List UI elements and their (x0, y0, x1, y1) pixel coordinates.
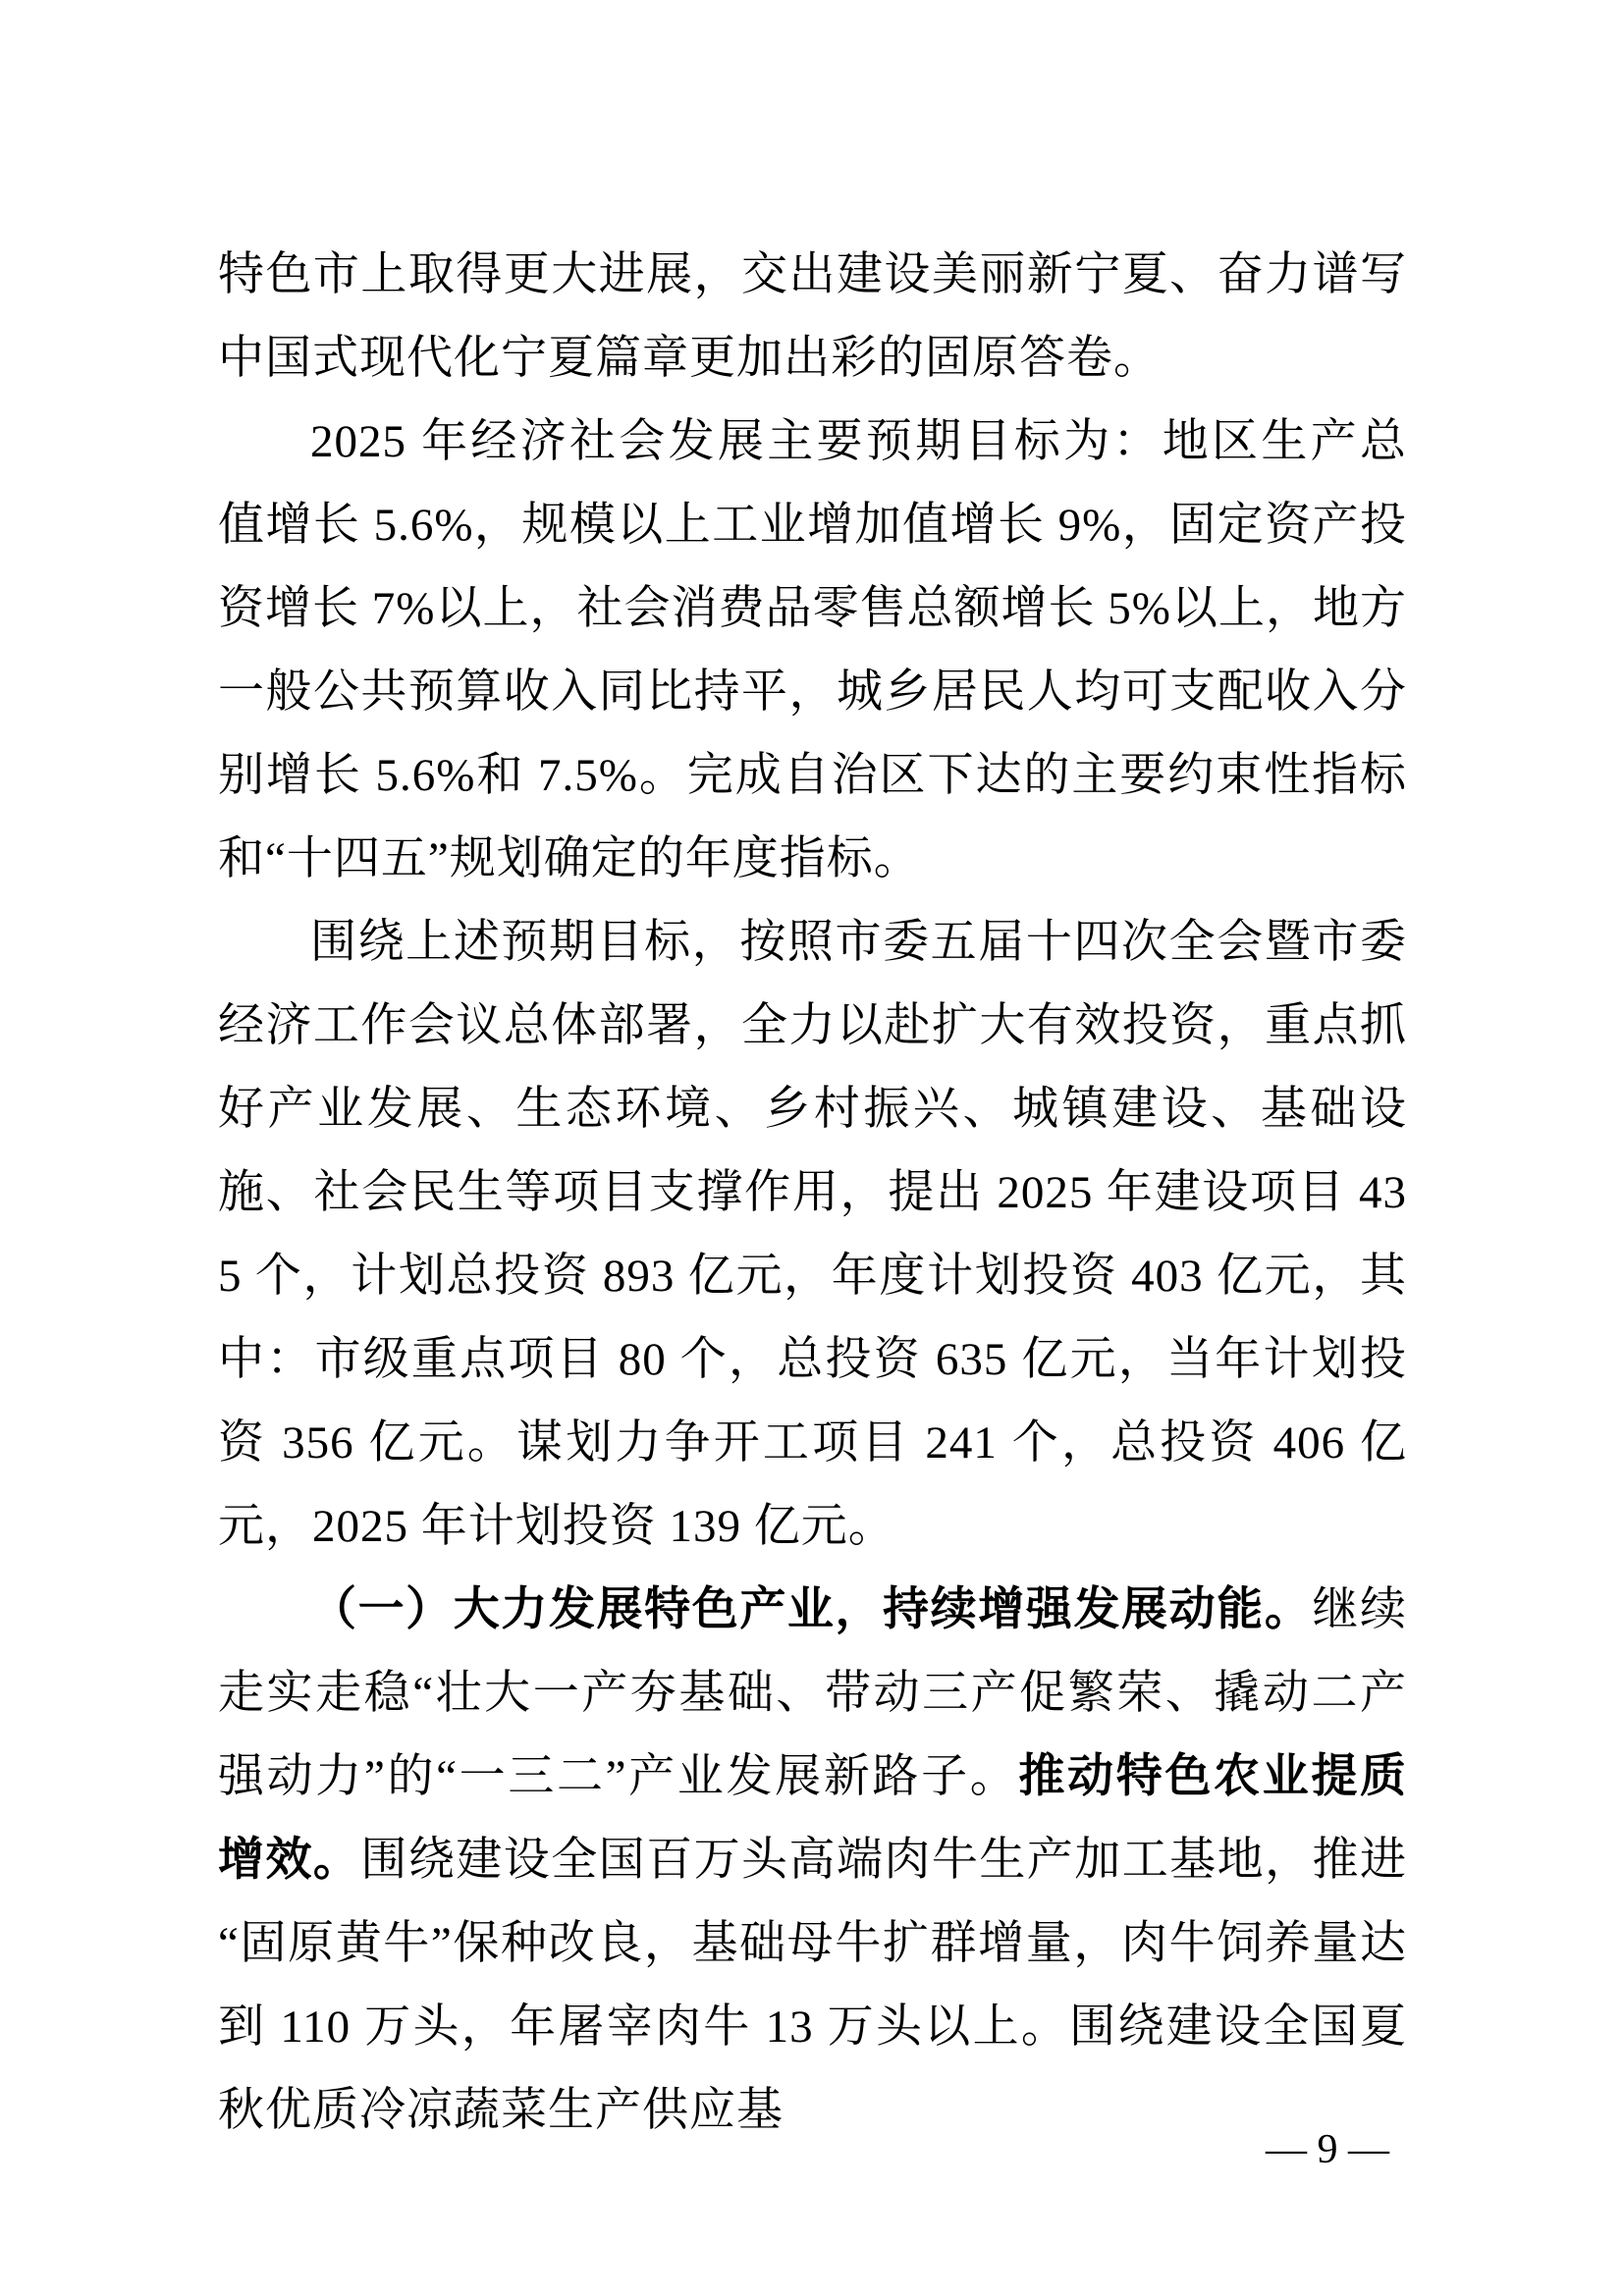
paragraph-2025-targets: 2025 年经济社会发展主要预期目标为：地区生产总值增长 5.6%，规模以上工业… (218, 400, 1407, 901)
text-segment: 围绕上述预期目标，按照市委五届十四次全会暨市委经济工作会议总体部署，全力以赴扩大… (218, 917, 1407, 1552)
text-segment: 围绕建设全国百万头高端肉牛生产加工基地，推进“固原黄牛”保种改良，基础母牛扩群增… (218, 1835, 1407, 2136)
section-heading-segment: （一）大力发展特色产业，持续增强发展动能。 (310, 1584, 1312, 1635)
paragraph-section-one: （一）大力发展特色产业，持续增强发展动能。继续走实走稳“壮大一产夯基础、带动三产… (218, 1569, 1407, 2153)
paragraph-investment-plan: 围绕上述预期目标，按照市委五届十四次全会暨市委经济工作会议总体部署，全力以赴扩大… (218, 901, 1407, 1569)
document-page: 特色市上取得更大进展，交出建设美丽新宁夏、奋力谱写中国式现代化宁夏篇章更加出彩的… (0, 0, 1623, 2296)
page-number: — 9 — (1266, 2129, 1389, 2170)
text-segment: 2025 年经济社会发展主要预期目标为：地区生产总值增长 5.6%，规模以上工业… (218, 416, 1407, 884)
paragraph-continuation: 特色市上取得更大进展，交出建设美丽新宁夏、奋力谱写中国式现代化宁夏篇章更加出彩的… (218, 234, 1407, 400)
text-segment: 特色市上取得更大进展，交出建设美丽新宁夏、奋力谱写中国式现代化宁夏篇章更加出彩的… (218, 249, 1407, 384)
document-body: 特色市上取得更大进展，交出建设美丽新宁夏、奋力谱写中国式现代化宁夏篇章更加出彩的… (218, 234, 1407, 2153)
